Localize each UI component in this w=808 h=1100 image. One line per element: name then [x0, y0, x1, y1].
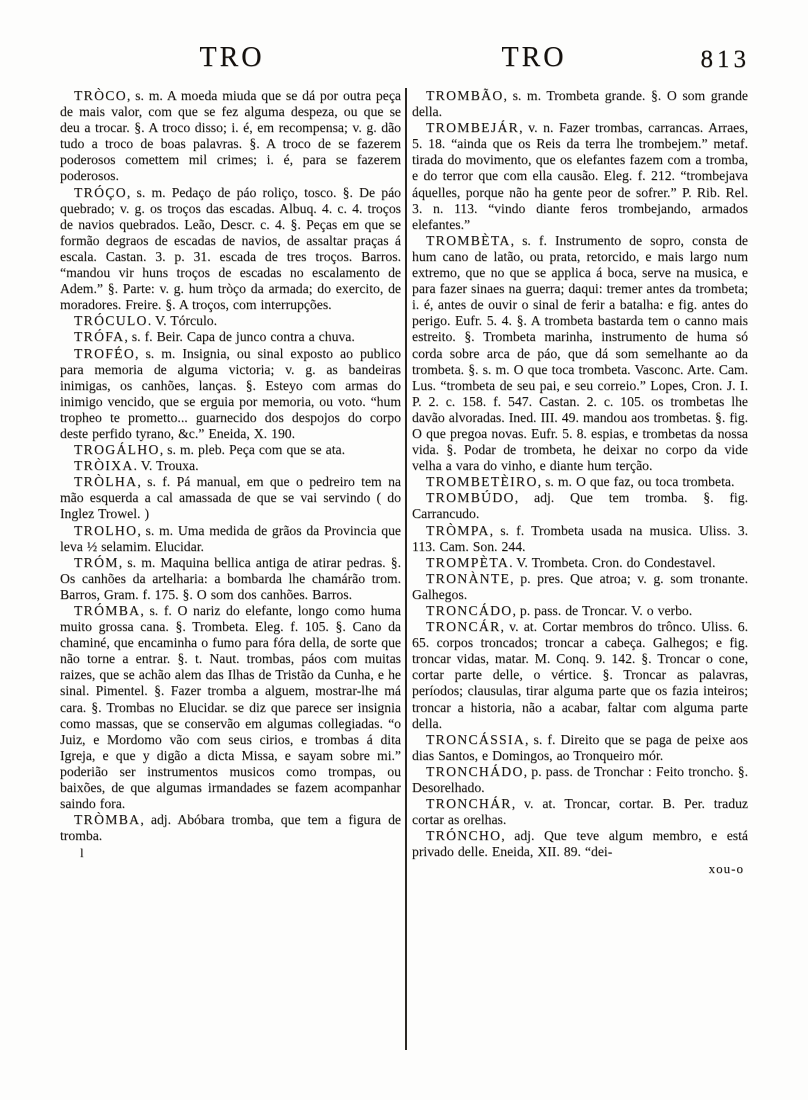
headword: TRÓFA — [74, 329, 124, 344]
entry-troncar: TRONCÁR, v. at. Cortar membros do trônco… — [412, 619, 748, 732]
headword: TRÒMBA — [74, 812, 140, 827]
entry-tromba-adj: TRÒMBA, adj. Abóbara tromba, que tem a f… — [60, 812, 401, 844]
entry-trombeta: TROMBÈTA, s. f. Instrumento de sopro, co… — [412, 233, 748, 474]
headword: TRÓMBA — [74, 603, 140, 618]
headword: TRONCÁDO — [426, 603, 512, 618]
headword: TRONCHÁDO — [426, 764, 524, 779]
entry-text: , s. f. Beir. Capa de junco contra a chu… — [124, 329, 354, 344]
entry-text: , s. m. pleb. Peça com que se ata. — [160, 442, 345, 457]
entry-troculo: TRÓCULO. V. Tórculo. — [60, 313, 401, 329]
text-block: TRÒCO, s. m. A moeda miuda que se dá por… — [60, 88, 748, 1060]
entry-text: , s. m. Pedaço de páo roliço, tosco. §. … — [60, 185, 401, 313]
running-title-right: TRO — [414, 42, 654, 74]
headword: TRÓM — [74, 555, 119, 570]
entry-text: , v. at. Cortar membros do trônco. Uliss… — [412, 619, 748, 731]
entry-troncho: TRÓNCHO, adj. Que teve algum membro, e e… — [412, 828, 748, 860]
entry-trompa: TRÒMPA, s. f. Trombeta usada na musica. … — [412, 523, 748, 555]
headword: TRÓCULO — [74, 313, 148, 328]
entry-trofa: TRÓFA, s. f. Beir. Capa de junco contra … — [60, 329, 401, 345]
entry-trombudo: TROMBÚDO, adj. Que tem tromba. §. fig. C… — [412, 490, 748, 522]
entry-trolha: TRÒLHA, s. f. Pá manual, em que o pedrei… — [60, 474, 401, 522]
entry-text: . V. Tórculo. — [148, 313, 217, 328]
entry-trogalho: TROGÁLHO, s. m. pleb. Peça com que se at… — [60, 442, 401, 458]
entry-trompeta: TROMPÈTA. V. Trombeta. Cron. do Condesta… — [412, 555, 748, 571]
headword: TROLHO — [74, 523, 137, 538]
running-title-left: TRO — [62, 42, 402, 74]
headword: TRÒMPA — [426, 523, 490, 538]
entry-trombejar: TROMBEJÁR, v. n. Fazer trombas, carranca… — [412, 120, 748, 233]
signature-mark: l — [60, 845, 401, 861]
headword: TRÒLHA — [74, 474, 137, 489]
entry-text: , s. f. O nariz do elefante, longo como … — [60, 603, 401, 811]
headword: TROFÉO — [74, 346, 135, 361]
entry-text: , s. m. O que faz, ou toca trombeta. — [538, 474, 735, 489]
headword: TROMBÚDO — [426, 490, 515, 505]
catchword: xou-o — [412, 861, 748, 877]
entry-tronchado: TRONCHÁDO, p. pass. de Tronchar : Feito … — [412, 764, 748, 796]
entry-trombao: TROMBÃO, s. m. Trombeta grande. §. O som… — [412, 88, 748, 120]
entry-tronchar: TRONCHÁR, v. at. Troncar, cortar. B. Per… — [412, 796, 748, 828]
entry-text: , s. f. Instrumento de sopro, consta de … — [412, 233, 748, 473]
entry-trom: TRÓM, s. m. Maquina bellica antiga de at… — [60, 555, 401, 603]
headword: TRÓÇO — [74, 185, 127, 200]
headword: TRONCHÁR — [426, 796, 512, 811]
entry-text: , p. pass. de Troncar. V. o verbo. — [512, 603, 692, 618]
page-number: 813 — [701, 46, 751, 74]
headword: TROMBÃO — [426, 88, 504, 103]
headword: TROMBÈTA — [426, 233, 511, 248]
headword: TRÒCO — [74, 88, 127, 103]
entry-troncassia: TRONCÁSSIA, s. f. Direito que se paga de… — [412, 732, 748, 764]
left-column: TRÒCO, s. m. A moeda miuda que se dá por… — [60, 88, 401, 1060]
entry-troixa: TRÒIXA. V. Trouxa. — [60, 458, 401, 474]
entry-trombeteiro: TROMBETÈIRO, s. m. O que faz, ou toca tr… — [412, 474, 748, 490]
entry-troco2: TRÓÇO, s. m. Pedaço de páo roliço, tosco… — [60, 185, 401, 314]
entry-troco: TRÒCO, s. m. A moeda miuda que se dá por… — [60, 88, 401, 185]
entry-tromba-sf: TRÓMBA, s. f. O nariz do elefante, longo… — [60, 603, 401, 812]
column-divider — [405, 88, 407, 1050]
headword: TRONCÁSSIA — [426, 732, 525, 747]
headword: TROMBETÈIRO — [426, 474, 538, 489]
dictionary-page: TRO TRO 813 TRÒCO, s. m. A moeda miuda q… — [0, 0, 808, 1100]
headword: TROGÁLHO — [74, 442, 160, 457]
headword: TRÓNCHO — [426, 828, 501, 843]
headword: TROMPÈTA — [426, 555, 509, 570]
entry-text: . V. Trombeta. Cron. do Condestavel. — [509, 555, 715, 570]
headword: TROMBEJÁR — [426, 120, 519, 135]
entry-tronante: TRONÀNTE, p. pres. Que atroa; v. g. som … — [412, 571, 748, 603]
entry-trolho: TROLHO, s. m. Uma medida de grãos da Pro… — [60, 523, 401, 555]
entry-trofeo: TROFÉO, s. m. Insignia, ou sinal exposto… — [60, 346, 401, 443]
headword: TRONCÁR — [426, 619, 501, 634]
entry-text: . V. Trouxa. — [134, 458, 199, 473]
right-column: TROMBÃO, s. m. Trombeta grande. §. O som… — [412, 88, 748, 1060]
headword: TRÒIXA — [74, 458, 134, 473]
headword: TRONÀNTE — [426, 571, 510, 586]
entry-text: , v. n. Fazer trombas, carrancas. Arraes… — [412, 120, 748, 232]
entry-troncado: TRONCÁDO, p. pass. de Troncar. V. o verb… — [412, 603, 748, 619]
